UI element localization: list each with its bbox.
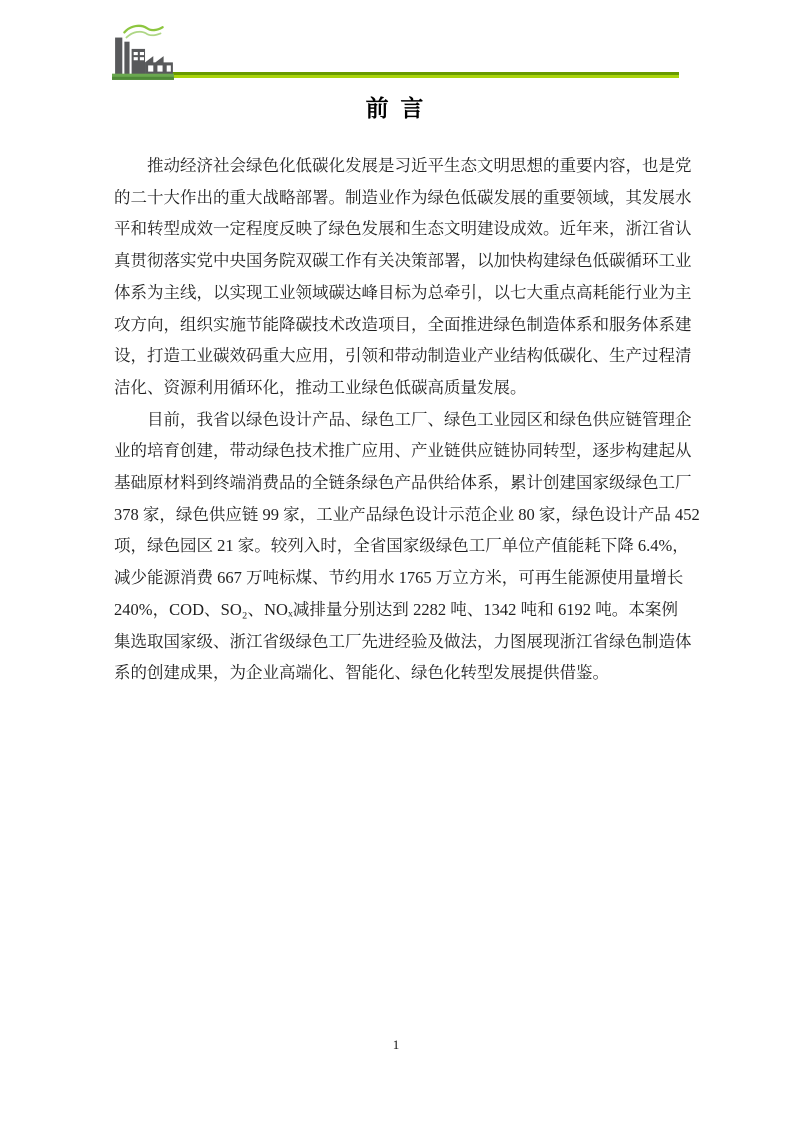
smoke-icon <box>124 26 162 38</box>
paragraph-line: 集选取国家级、浙江省级绿色工厂先进经验及做法，力图展现浙江省绿色制造体 <box>114 626 678 658</box>
paragraph-line: 378 家，绿色供应链 99 家，工业产品绿色设计示范企业 80 家，绿色设计产… <box>114 499 678 531</box>
paragraph-line: 项，绿色园区 21 家。较列入时，全省国家级绿色工厂单位产值能耗下降 6.4%， <box>114 530 678 562</box>
header-rule <box>168 72 679 78</box>
paragraph-line: 基础原材料到终端消费品的全链条绿色产品供给体系，累计创建国家级绿色工厂 <box>114 467 678 499</box>
paragraph-line: 目前，我省以绿色设计产品、绿色工厂、绿色工业园区和绿色供应链管理企 <box>114 404 678 436</box>
paragraph-line: 业的培育创建，带动绿色技术推广应用、产业链供应链协同转型，逐步构建起从 <box>114 435 678 467</box>
paragraph-line: 平和转型成效一定程度反映了绿色发展和生态文明建设成效。近年来，浙江省认 <box>114 213 678 245</box>
paragraph-line: 真贯彻落实党中央国务院双碳工作有关决策部署，以加快构建绿色低碳循环工业 <box>114 245 678 277</box>
grass-icon <box>112 74 174 80</box>
paragraph-line: 240%，COD、SO₂、NOₓ减排量分别达到 2282 吨、1342 吨和 6… <box>114 594 678 626</box>
paragraph-line: 推动经济社会绿色化低碳化发展是习近平生态文明思想的重要内容，也是党 <box>114 150 678 182</box>
page-number: 1 <box>0 1037 792 1053</box>
preface-paragraph-2: 目前，我省以绿色设计产品、绿色工厂、绿色工业园区和绿色供应链管理企业的培育创建，… <box>114 404 678 689</box>
paragraph-line: 的二十大作出的重大战略部署。制造业作为绿色低碳发展的重要领域，其发展水 <box>114 182 678 214</box>
factory-icon <box>115 38 173 76</box>
paragraph-line: 体系为主线，以实现工业领域碳达峰目标为总牵引，以七大重点高耗能行业为主 <box>114 277 678 309</box>
page-title: 前 言 <box>0 90 792 123</box>
paragraph-line: 设，打造工业碳效码重大应用，引领和带动制造业产业结构低碳化、生产过程清 <box>114 340 678 372</box>
paragraph-line: 减少能源消费 667 万吨标煤、节约用水 1765 万立方米，可再生能源使用量增… <box>114 562 678 594</box>
green-factory-logo-icon <box>112 22 176 82</box>
paragraph-line: 洁化、资源利用循环化，推动工业绿色低碳高质量发展。 <box>114 372 678 404</box>
document-page: 前 言 推动经济社会绿色化低碳化发展是习近平生态文明思想的重要内容，也是党的二十… <box>0 0 792 1123</box>
preface-paragraph-1: 推动经济社会绿色化低碳化发展是习近平生态文明思想的重要内容，也是党的二十大作出的… <box>114 150 678 404</box>
paragraph-line: 系的创建成果，为企业高端化、智能化、绿色化转型发展提供借鉴。 <box>114 657 678 689</box>
preface-body: 推动经济社会绿色化低碳化发展是习近平生态文明思想的重要内容，也是党的二十大作出的… <box>114 150 678 689</box>
paragraph-line: 攻方向，组织实施节能降碳技术改造项目，全面推进绿色制造体系和服务体系建 <box>114 309 678 341</box>
